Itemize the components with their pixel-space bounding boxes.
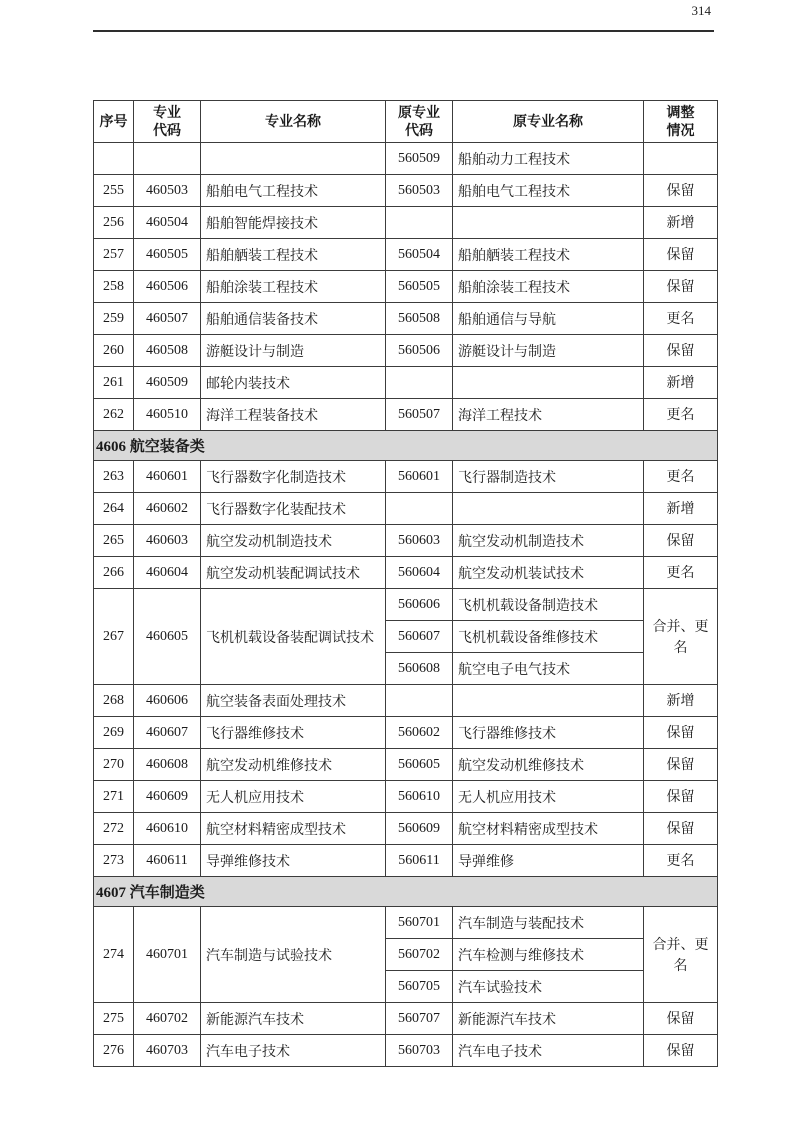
cell-old-code: 560609	[386, 813, 453, 845]
cell-seq: 273	[94, 845, 134, 877]
cell-code: 460601	[134, 461, 201, 493]
cell-code: 460611	[134, 845, 201, 877]
cell-old-code: 560701	[386, 907, 453, 939]
cell-old-code	[386, 207, 453, 239]
cell-old-code: 560606	[386, 589, 453, 621]
cell-name: 船舶智能焊接技术	[201, 207, 386, 239]
cell-seq: 269	[94, 717, 134, 749]
cell-code: 460602	[134, 493, 201, 525]
cell-status: 新增	[644, 367, 718, 399]
section-number: 4607	[96, 885, 130, 901]
cell-name: 航空材料精密成型技术	[201, 813, 386, 845]
cell-old-name	[453, 367, 644, 399]
cell-old-code: 560602	[386, 717, 453, 749]
cell-old-code: 560610	[386, 781, 453, 813]
cell-old-name: 飞机机载设备制造技术	[453, 589, 644, 621]
cell-seq: 267	[94, 589, 134, 685]
table-row: 260460508游艇设计与制造560506游艇设计与制造保留	[94, 335, 718, 367]
table-row: 264460602飞行器数字化装配技术新增	[94, 493, 718, 525]
cell-seq: 274	[94, 907, 134, 1003]
cell-status: 保留	[644, 1003, 718, 1035]
cell-old-code: 560703	[386, 1035, 453, 1067]
cell-old-code: 560603	[386, 525, 453, 557]
cell-name: 航空发动机制造技术	[201, 525, 386, 557]
col-header-4: 原专业名称	[453, 101, 644, 143]
cell-old-name: 汽车电子技术	[453, 1035, 644, 1067]
cell-status: 保留	[644, 335, 718, 367]
cell-name: 船舶舾装工程技术	[201, 239, 386, 271]
cell-old-name: 飞行器维修技术	[453, 717, 644, 749]
cell-code: 460505	[134, 239, 201, 271]
col-header-0: 序号	[94, 101, 134, 143]
table-row: 265460603航空发动机制造技术560603航空发动机制造技术保留	[94, 525, 718, 557]
table-row: 274460701汽车制造与试验技术560701汽车制造与装配技术合并、更名	[94, 907, 718, 939]
cell-old-name: 游艇设计与制造	[453, 335, 644, 367]
cell-seq: 271	[94, 781, 134, 813]
cell-old-name: 飞行器制造技术	[453, 461, 644, 493]
cell-status: 保留	[644, 175, 718, 207]
cell-code: 460506	[134, 271, 201, 303]
cell-old-name: 飞机机载设备维修技术	[453, 621, 644, 653]
cell-name: 航空装备表面处理技术	[201, 685, 386, 717]
section-title: 航空装备类	[130, 438, 205, 455]
cell-old-name	[453, 685, 644, 717]
cell-old-name: 船舶动力工程技术	[453, 143, 644, 175]
section-title: 汽车制造类	[130, 884, 205, 901]
cell-old-code: 560505	[386, 271, 453, 303]
cell-status: 合并、更名	[644, 589, 718, 685]
table-row: 275460702新能源汽车技术560707新能源汽车技术保留	[94, 1003, 718, 1035]
cell-status	[644, 143, 718, 175]
cell-seq: 270	[94, 749, 134, 781]
cell-old-name	[453, 493, 644, 525]
cell-seq: 261	[94, 367, 134, 399]
cell-status: 保留	[644, 1035, 718, 1067]
cell-old-code: 560604	[386, 557, 453, 589]
cell-seq: 257	[94, 239, 134, 271]
table-row: 270460608航空发动机维修技术560605航空发动机维修技术保留	[94, 749, 718, 781]
table-row: 257460505船舶舾装工程技术560504船舶舾装工程技术保留	[94, 239, 718, 271]
cell-old-code: 560605	[386, 749, 453, 781]
cell-old-name: 船舶电气工程技术	[453, 175, 644, 207]
table-header-row: 序号专业 代码专业名称原专业 代码原专业名称调整 情况	[94, 101, 718, 143]
table-header: 序号专业 代码专业名称原专业 代码原专业名称调整 情况	[94, 101, 718, 143]
table-row: 273460611导弹维修技术560611导弹维修更名	[94, 845, 718, 877]
table-row: 269460607飞行器维修技术560602飞行器维修技术保留	[94, 717, 718, 749]
table-row: 266460604航空发动机装配调试技术560604航空发动机装试技术更名	[94, 557, 718, 589]
cell-code: 460510	[134, 399, 201, 431]
table-row: 276460703汽车电子技术560703汽车电子技术保留	[94, 1035, 718, 1067]
cell-status: 新增	[644, 685, 718, 717]
cell-old-name: 海洋工程技术	[453, 399, 644, 431]
majors-adjustment-table: 序号专业 代码专业名称原专业 代码原专业名称调整 情况 560509船舶动力工程…	[93, 100, 718, 1067]
cell-status: 更名	[644, 557, 718, 589]
page-number: 314	[692, 3, 712, 19]
cell-old-name: 船舶涂装工程技术	[453, 271, 644, 303]
cell-name: 船舶通信装备技术	[201, 303, 386, 335]
cell-old-name: 无人机应用技术	[453, 781, 644, 813]
cell-old-code: 560601	[386, 461, 453, 493]
cell-old-code: 560507	[386, 399, 453, 431]
cell-seq: 268	[94, 685, 134, 717]
cell-seq: 272	[94, 813, 134, 845]
cell-code: 460508	[134, 335, 201, 367]
cell-code: 460603	[134, 525, 201, 557]
cell-old-name: 汽车检测与维修技术	[453, 939, 644, 971]
cell-old-name: 航空发动机装试技术	[453, 557, 644, 589]
cell-old-name: 新能源汽车技术	[453, 1003, 644, 1035]
cell-code: 460606	[134, 685, 201, 717]
cell-name: 无人机应用技术	[201, 781, 386, 813]
cell-status: 更名	[644, 845, 718, 877]
cell-old-code	[386, 685, 453, 717]
cell-seq: 264	[94, 493, 134, 525]
cell-seq: 262	[94, 399, 134, 431]
cell-code: 460608	[134, 749, 201, 781]
cell-code: 460604	[134, 557, 201, 589]
cell-old-code: 560707	[386, 1003, 453, 1035]
cell-old-name: 汽车试验技术	[453, 971, 644, 1003]
cell-old-name: 船舶通信与导航	[453, 303, 644, 335]
cell-status: 保留	[644, 813, 718, 845]
table-row: 256460504船舶智能焊接技术新增	[94, 207, 718, 239]
cell-name: 飞机机载设备装配调试技术	[201, 589, 386, 685]
cell-code: 460504	[134, 207, 201, 239]
cell-status: 保留	[644, 749, 718, 781]
cell-old-code: 560508	[386, 303, 453, 335]
cell-status: 更名	[644, 461, 718, 493]
cell-seq: 255	[94, 175, 134, 207]
cell-old-code: 560506	[386, 335, 453, 367]
cell-old-name: 导弹维修	[453, 845, 644, 877]
cell-name: 汽车制造与试验技术	[201, 907, 386, 1003]
cell-status: 更名	[644, 303, 718, 335]
section-row: 4607 汽车制造类	[94, 877, 718, 907]
cell-name: 导弹维修技术	[201, 845, 386, 877]
col-header-5: 调整 情况	[644, 101, 718, 143]
table-row: 255460503船舶电气工程技术560503船舶电气工程技术保留	[94, 175, 718, 207]
cell-old-code	[386, 367, 453, 399]
cell-seq: 276	[94, 1035, 134, 1067]
cell-status: 保留	[644, 717, 718, 749]
cell-status: 保留	[644, 271, 718, 303]
cell-name: 游艇设计与制造	[201, 335, 386, 367]
cell-old-name: 航空电子电气技术	[453, 653, 644, 685]
cell-code: 460610	[134, 813, 201, 845]
cell-code	[134, 143, 201, 175]
cell-code: 460509	[134, 367, 201, 399]
section-label: 4606 航空装备类	[94, 431, 718, 461]
cell-name: 邮轮内装技术	[201, 367, 386, 399]
table-row: 259460507船舶通信装备技术560508船舶通信与导航更名	[94, 303, 718, 335]
cell-name: 汽车电子技术	[201, 1035, 386, 1067]
section-row: 4606 航空装备类	[94, 431, 718, 461]
cell-seq	[94, 143, 134, 175]
section-number: 4606	[96, 439, 130, 455]
cell-code: 460702	[134, 1003, 201, 1035]
cell-old-code: 560608	[386, 653, 453, 685]
cell-old-name: 船舶舾装工程技术	[453, 239, 644, 271]
cell-old-code: 560503	[386, 175, 453, 207]
cell-old-name	[453, 207, 644, 239]
table-row: 263460601飞行器数字化制造技术560601飞行器制造技术更名	[94, 461, 718, 493]
table-body: 560509船舶动力工程技术255460503船舶电气工程技术560503船舶电…	[94, 143, 718, 1067]
cell-status: 合并、更名	[644, 907, 718, 1003]
table-row: 258460506船舶涂装工程技术560505船舶涂装工程技术保留	[94, 271, 718, 303]
cell-code: 460605	[134, 589, 201, 685]
table-row: 271460609无人机应用技术560610无人机应用技术保留	[94, 781, 718, 813]
cell-old-name: 航空材料精密成型技术	[453, 813, 644, 845]
cell-name: 船舶涂装工程技术	[201, 271, 386, 303]
cell-old-code	[386, 493, 453, 525]
cell-code: 460703	[134, 1035, 201, 1067]
cell-seq: 256	[94, 207, 134, 239]
cell-name: 航空发动机维修技术	[201, 749, 386, 781]
cell-status: 新增	[644, 493, 718, 525]
cell-name: 飞行器维修技术	[201, 717, 386, 749]
cell-seq: 265	[94, 525, 134, 557]
cell-code: 460701	[134, 907, 201, 1003]
col-header-1: 专业 代码	[134, 101, 201, 143]
cell-old-code: 560705	[386, 971, 453, 1003]
cell-status: 新增	[644, 207, 718, 239]
table-row: 262460510海洋工程装备技术560507海洋工程技术更名	[94, 399, 718, 431]
cell-seq: 266	[94, 557, 134, 589]
cell-old-code: 560611	[386, 845, 453, 877]
cell-old-code: 560504	[386, 239, 453, 271]
table-row: 268460606航空装备表面处理技术新增	[94, 685, 718, 717]
cell-status: 保留	[644, 781, 718, 813]
cell-name: 飞行器数字化装配技术	[201, 493, 386, 525]
table-row: 272460610航空材料精密成型技术560609航空材料精密成型技术保留	[94, 813, 718, 845]
table-row: 267460605飞机机载设备装配调试技术560606飞机机载设备制造技术合并、…	[94, 589, 718, 621]
cell-seq: 263	[94, 461, 134, 493]
cell-old-code: 560607	[386, 621, 453, 653]
cell-old-name: 航空发动机维修技术	[453, 749, 644, 781]
cell-seq: 260	[94, 335, 134, 367]
col-header-2: 专业名称	[201, 101, 386, 143]
cell-old-code: 560702	[386, 939, 453, 971]
table-row: 560509船舶动力工程技术	[94, 143, 718, 175]
cell-old-code: 560509	[386, 143, 453, 175]
cell-name	[201, 143, 386, 175]
section-label: 4607 汽车制造类	[94, 877, 718, 907]
cell-old-name: 汽车制造与装配技术	[453, 907, 644, 939]
cell-status: 保留	[644, 239, 718, 271]
cell-code: 460607	[134, 717, 201, 749]
table-row: 261460509邮轮内装技术新增	[94, 367, 718, 399]
cell-status: 保留	[644, 525, 718, 557]
cell-name: 航空发动机装配调试技术	[201, 557, 386, 589]
cell-old-name: 航空发动机制造技术	[453, 525, 644, 557]
cell-name: 船舶电气工程技术	[201, 175, 386, 207]
cell-status: 更名	[644, 399, 718, 431]
header-rule	[93, 30, 714, 32]
cell-name: 新能源汽车技术	[201, 1003, 386, 1035]
cell-seq: 258	[94, 271, 134, 303]
cell-seq: 275	[94, 1003, 134, 1035]
cell-seq: 259	[94, 303, 134, 335]
cell-code: 460609	[134, 781, 201, 813]
cell-code: 460507	[134, 303, 201, 335]
cell-name: 海洋工程装备技术	[201, 399, 386, 431]
cell-code: 460503	[134, 175, 201, 207]
cell-name: 飞行器数字化制造技术	[201, 461, 386, 493]
col-header-3: 原专业 代码	[386, 101, 453, 143]
